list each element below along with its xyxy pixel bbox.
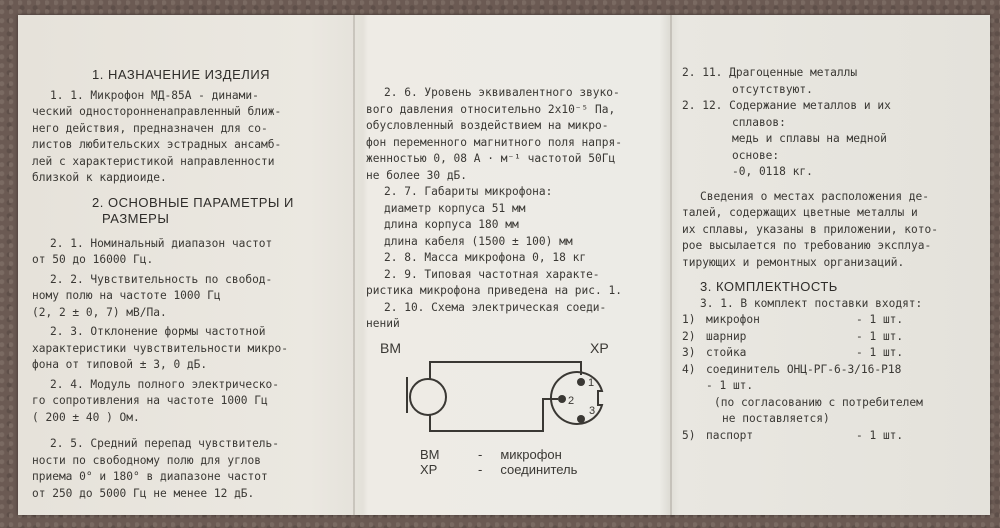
metals-notice: Сведения о местах расположения де- талей… xyxy=(682,189,982,272)
kit-note: (по согласованию с потребителем xyxy=(682,395,982,412)
item-2-6: 2. 6. Уровень эквивалентного звуко- вого… xyxy=(366,85,666,184)
fold-line xyxy=(353,15,355,515)
right-column: 2. 11. Драгоценные металлы отсутствуют. … xyxy=(682,65,982,515)
pin-3-label: 3 xyxy=(589,405,595,417)
kit-item: 3) стойка - 1 шт. xyxy=(682,345,982,362)
item-2-5: 2. 5. Средний перепад чувствитель- ности… xyxy=(32,436,347,502)
item-2-11: 2. 11. Драгоценные металлы отсутствуют. xyxy=(682,65,982,98)
section-3-title: 3. КОМПЛЕКТНОСТЬ xyxy=(682,279,982,296)
fold-line xyxy=(670,15,672,515)
item-2-9: 2. 9. Типовая частотная характе- ристика… xyxy=(366,267,666,300)
item-2-4: 2. 4. Модуль полного электрическо- го со… xyxy=(32,377,347,427)
kit-item: 5) паспорт - 1 шт. xyxy=(682,428,982,445)
document-sheet: 1. НАЗНАЧЕНИЕ ИЗДЕЛИЯ 1. 1. Микрофон МД-… xyxy=(18,15,990,515)
left-column: 1. НАЗНАЧЕНИЕ ИЗДЕЛИЯ 1. 1. Микрофон МД-… xyxy=(32,67,347,515)
pin-1-label: 1 xyxy=(588,377,594,389)
legend-row: BM - микрофон xyxy=(420,447,577,462)
diagram-legend: BM - микрофон XP - соединитель xyxy=(420,447,577,477)
kit-item: 4) соединитель ОНЦ-РГ-6-3/16-Р18 xyxy=(682,362,982,379)
item-2-2: 2. 2. Чувствительность по свобод- ному п… xyxy=(32,272,347,322)
section-2-title: 2. ОСНОВНЫЕ ПАРАМЕТРЫ И xyxy=(32,195,347,212)
legend-row: XP - соединитель xyxy=(420,462,577,477)
item-2-1: 2. 1. Номинальный диапазон частот от 50 … xyxy=(32,236,347,269)
item-2-12: 2. 12. Содержание металлов и их сплавов:… xyxy=(682,98,982,181)
kit-item: 2) шарнир - 1 шт. xyxy=(682,329,982,346)
section-1-title: 1. НАЗНАЧЕНИЕ ИЗДЕЛИЯ xyxy=(32,67,347,84)
pin-2-label: 2 xyxy=(568,395,574,407)
kit-item: 1) микрофон - 1 шт. xyxy=(682,312,982,329)
item-2-8: 2. 8. Масса микрофона 0, 18 кг xyxy=(366,250,666,267)
wiring-diagram: BM XP 1 2 3 BM - микрофон xyxy=(378,335,638,495)
item-3-1: 3. 1. В комплект поставки входят: xyxy=(682,296,982,313)
item-2-3: 2. 3. Отклонение формы частотной характе… xyxy=(32,324,347,374)
item-1-1: 1. 1. Микрофон МД-85А - динами- ческий о… xyxy=(32,88,347,187)
circuit-schematic-icon xyxy=(378,335,638,445)
item-2-7: 2. 7. Габариты микрофона: диаметр корпус… xyxy=(366,184,666,250)
item-2-10: 2. 10. Схема электрическая соеди- нений xyxy=(366,300,666,333)
kit-list: 1) микрофон - 1 шт. 2) шарнир - 1 шт. 3)… xyxy=(682,312,982,444)
